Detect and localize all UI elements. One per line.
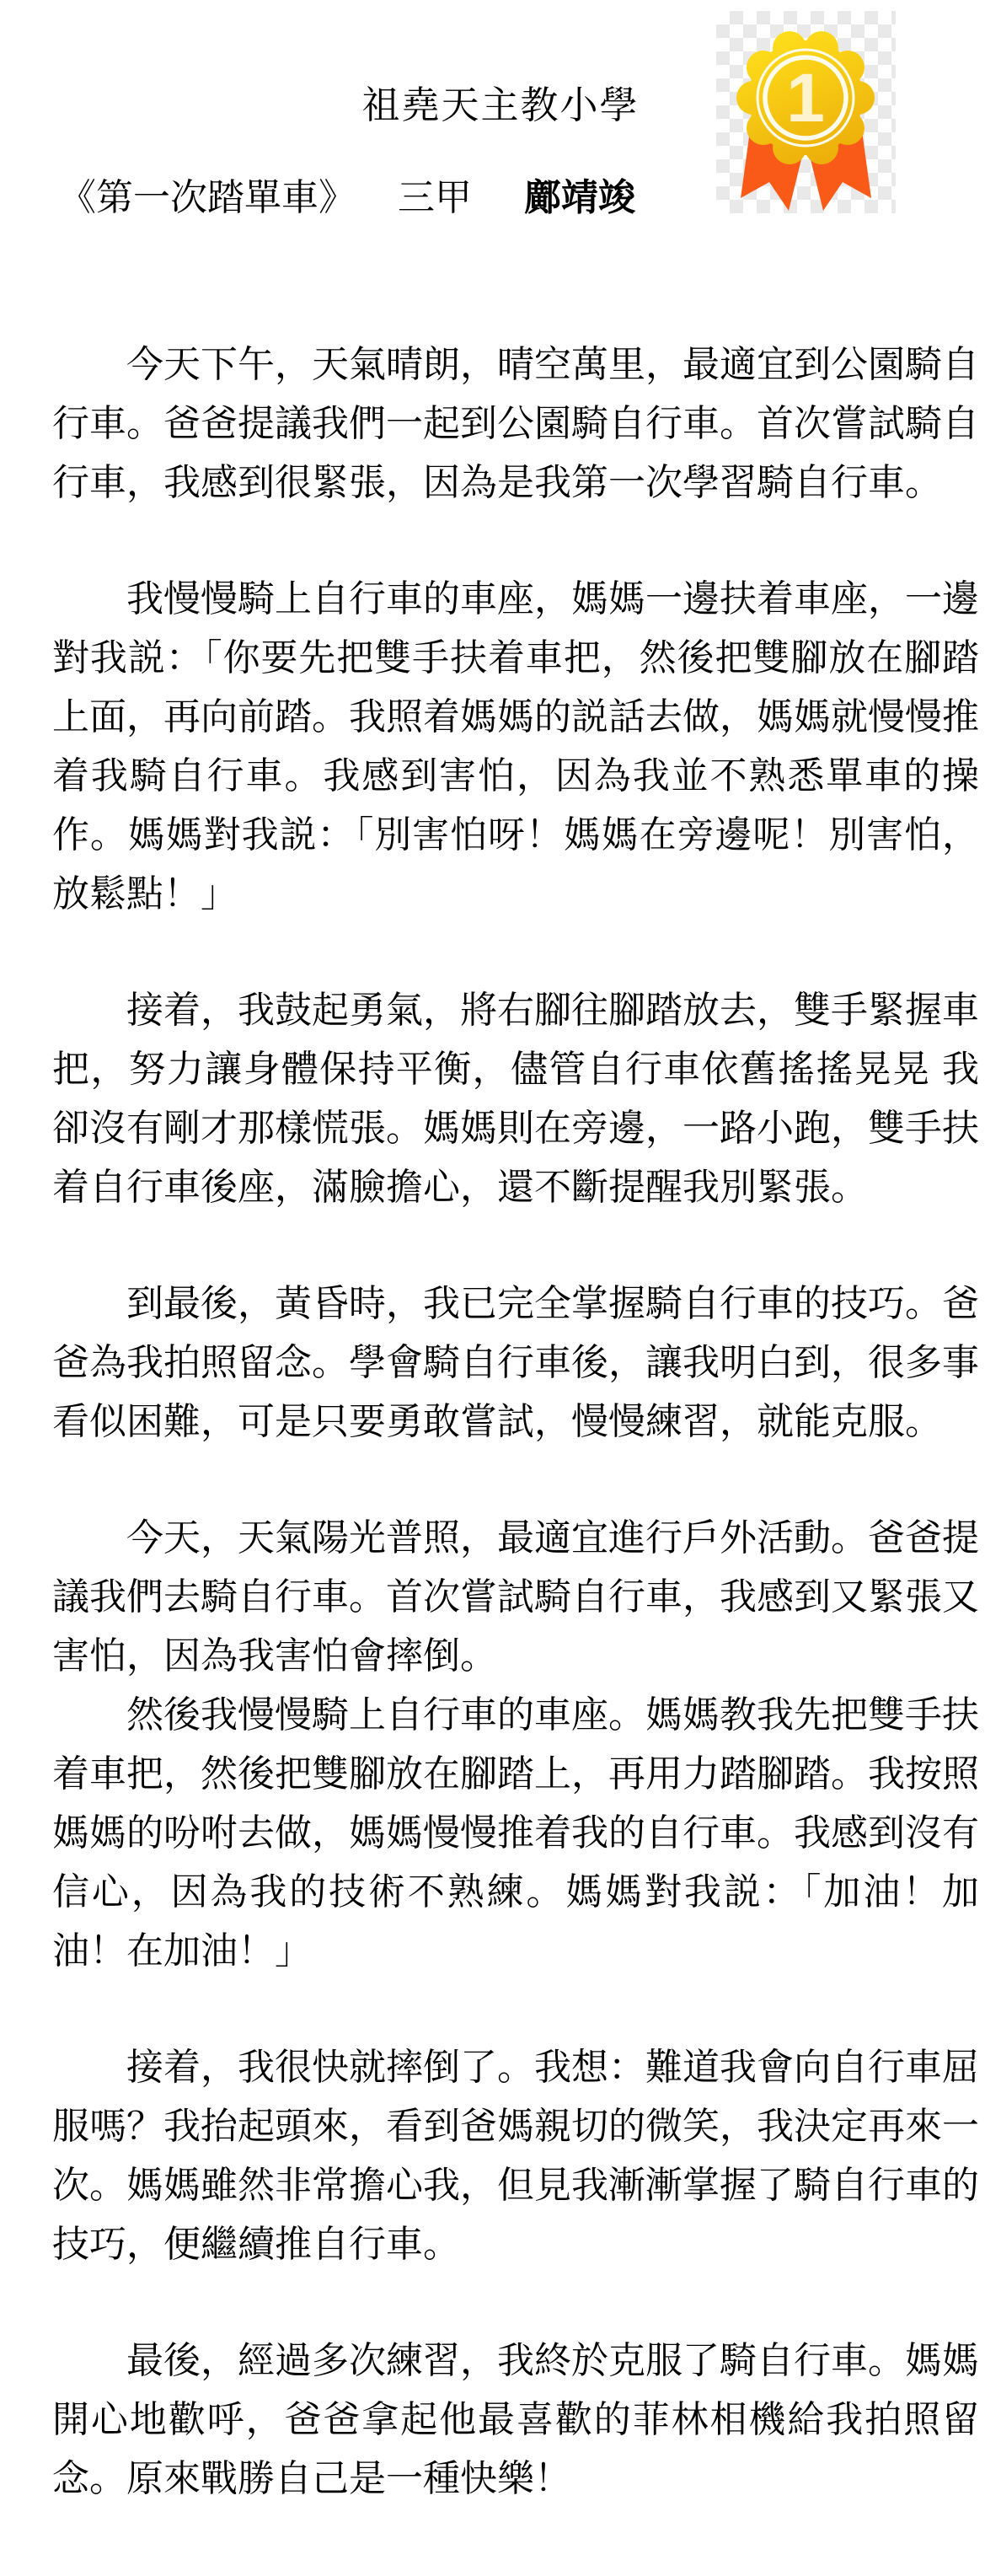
medal-number: 1 (786, 60, 825, 137)
award-badge-image: 1 (716, 11, 896, 213)
paragraph-2: 我慢慢騎上自行車的車座，媽媽一邊扶着車座，一邊對我説：「你要先把雙手扶着車把，然… (52, 570, 979, 924)
paragraph-1: 今天下午，天氣晴朗，晴空萬里，最適宜到公園騎自行車。爸爸提議我們一起到公園騎自行… (52, 335, 979, 513)
paragraph-8: 最後，經過多次練習，我終於克服了騎自行車。媽媽開心地歡呼，爸爸拿起他最喜歡的菲林… (52, 2332, 979, 2509)
paragraph-6: 然後我慢慢騎上自行車的車座。媽媽教我先把雙手扶着車把，然後把雙腳放在腳踏上，再用… (52, 1686, 979, 1981)
paragraph-4: 到最後，黃昏時，我已完全掌握騎自行車的技巧。爸爸為我拍照留念。學會騎自行車後，讓… (52, 1275, 979, 1452)
first-place-medal-icon: 1 (716, 11, 896, 213)
essay-title: 《第一次踏單車》 (59, 177, 356, 218)
essay-body: 今天下午，天氣晴朗，晴空萬里，最適宜到公園騎自行車。爸爸提議我們一起到公園騎自行… (52, 335, 979, 2509)
paragraph-3: 接着，我鼓起勇氣，將右腳往腳踏放去，雙手緊握車把，努力讓身體保持平衡，儘管自行車… (52, 981, 979, 1217)
paragraph-7: 接着，我很快就摔倒了。我想：難道我會向自行車屈服嗎？我抬起頭來，看到爸媽親切的微… (52, 2038, 979, 2274)
paragraph-5: 今天，天氣陽光普照，最適宜進行戶外活動。爸爸提議我們去騎自行車。首次嘗試騎自行車… (52, 1509, 979, 1686)
class-label: 三甲 (398, 177, 472, 218)
essay-page: 祖堯天主教小學 《第一次踏單車》三甲鄺靖竣 (0, 0, 1001, 2576)
author-name: 鄺靖竣 (524, 177, 635, 218)
title-row: 《第一次踏單車》三甲鄺靖竣 (59, 169, 635, 228)
